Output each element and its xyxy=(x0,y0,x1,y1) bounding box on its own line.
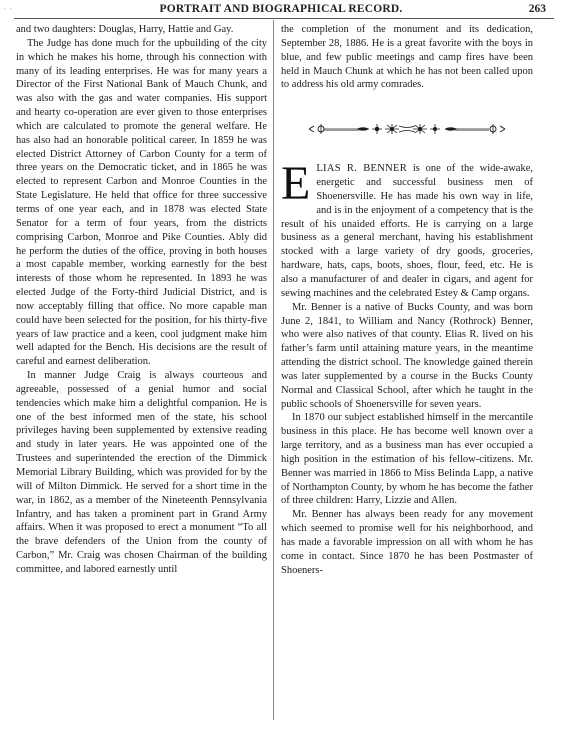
drop-cap: E xyxy=(281,164,310,204)
paragraph: Mr. Benner has always been ready for any… xyxy=(281,508,533,577)
left-column: and two daughters: Douglas, Harry, Hatti… xyxy=(16,23,267,577)
paragraph: In manner Judge Craig is always courteou… xyxy=(16,369,267,577)
header-rule xyxy=(14,18,554,19)
paragraph: The Judge has done much for the upbuildi… xyxy=(16,37,267,369)
paragraph: In 1870 our subject established himself … xyxy=(281,411,533,508)
continuation-paragraph: the completion of the monument and its d… xyxy=(281,23,533,92)
paragraph: Mr. Benner is a native of Bucks County, … xyxy=(281,301,533,412)
page-number: 263 xyxy=(529,3,546,15)
right-column: the completion of the monument and its d… xyxy=(281,23,533,578)
paragraph: and two daughters: Douglas, Harry, Hatti… xyxy=(16,23,267,37)
running-title: PORTRAIT AND BIOGRAPHICAL RECORD. xyxy=(0,3,562,15)
ornament-divider-icon xyxy=(307,122,507,136)
column-divider xyxy=(273,20,274,720)
subject-name: LIAS R. BENNER xyxy=(316,163,407,174)
paragraph-text: is one of the wide-awake, energetic and … xyxy=(281,163,533,299)
page-header: . . PORTRAIT AND BIOGRAPHICAL RECORD. 26… xyxy=(0,0,562,16)
biography-opening-paragraph: ELIAS R. BENNER is one of the wide-awake… xyxy=(281,162,533,300)
